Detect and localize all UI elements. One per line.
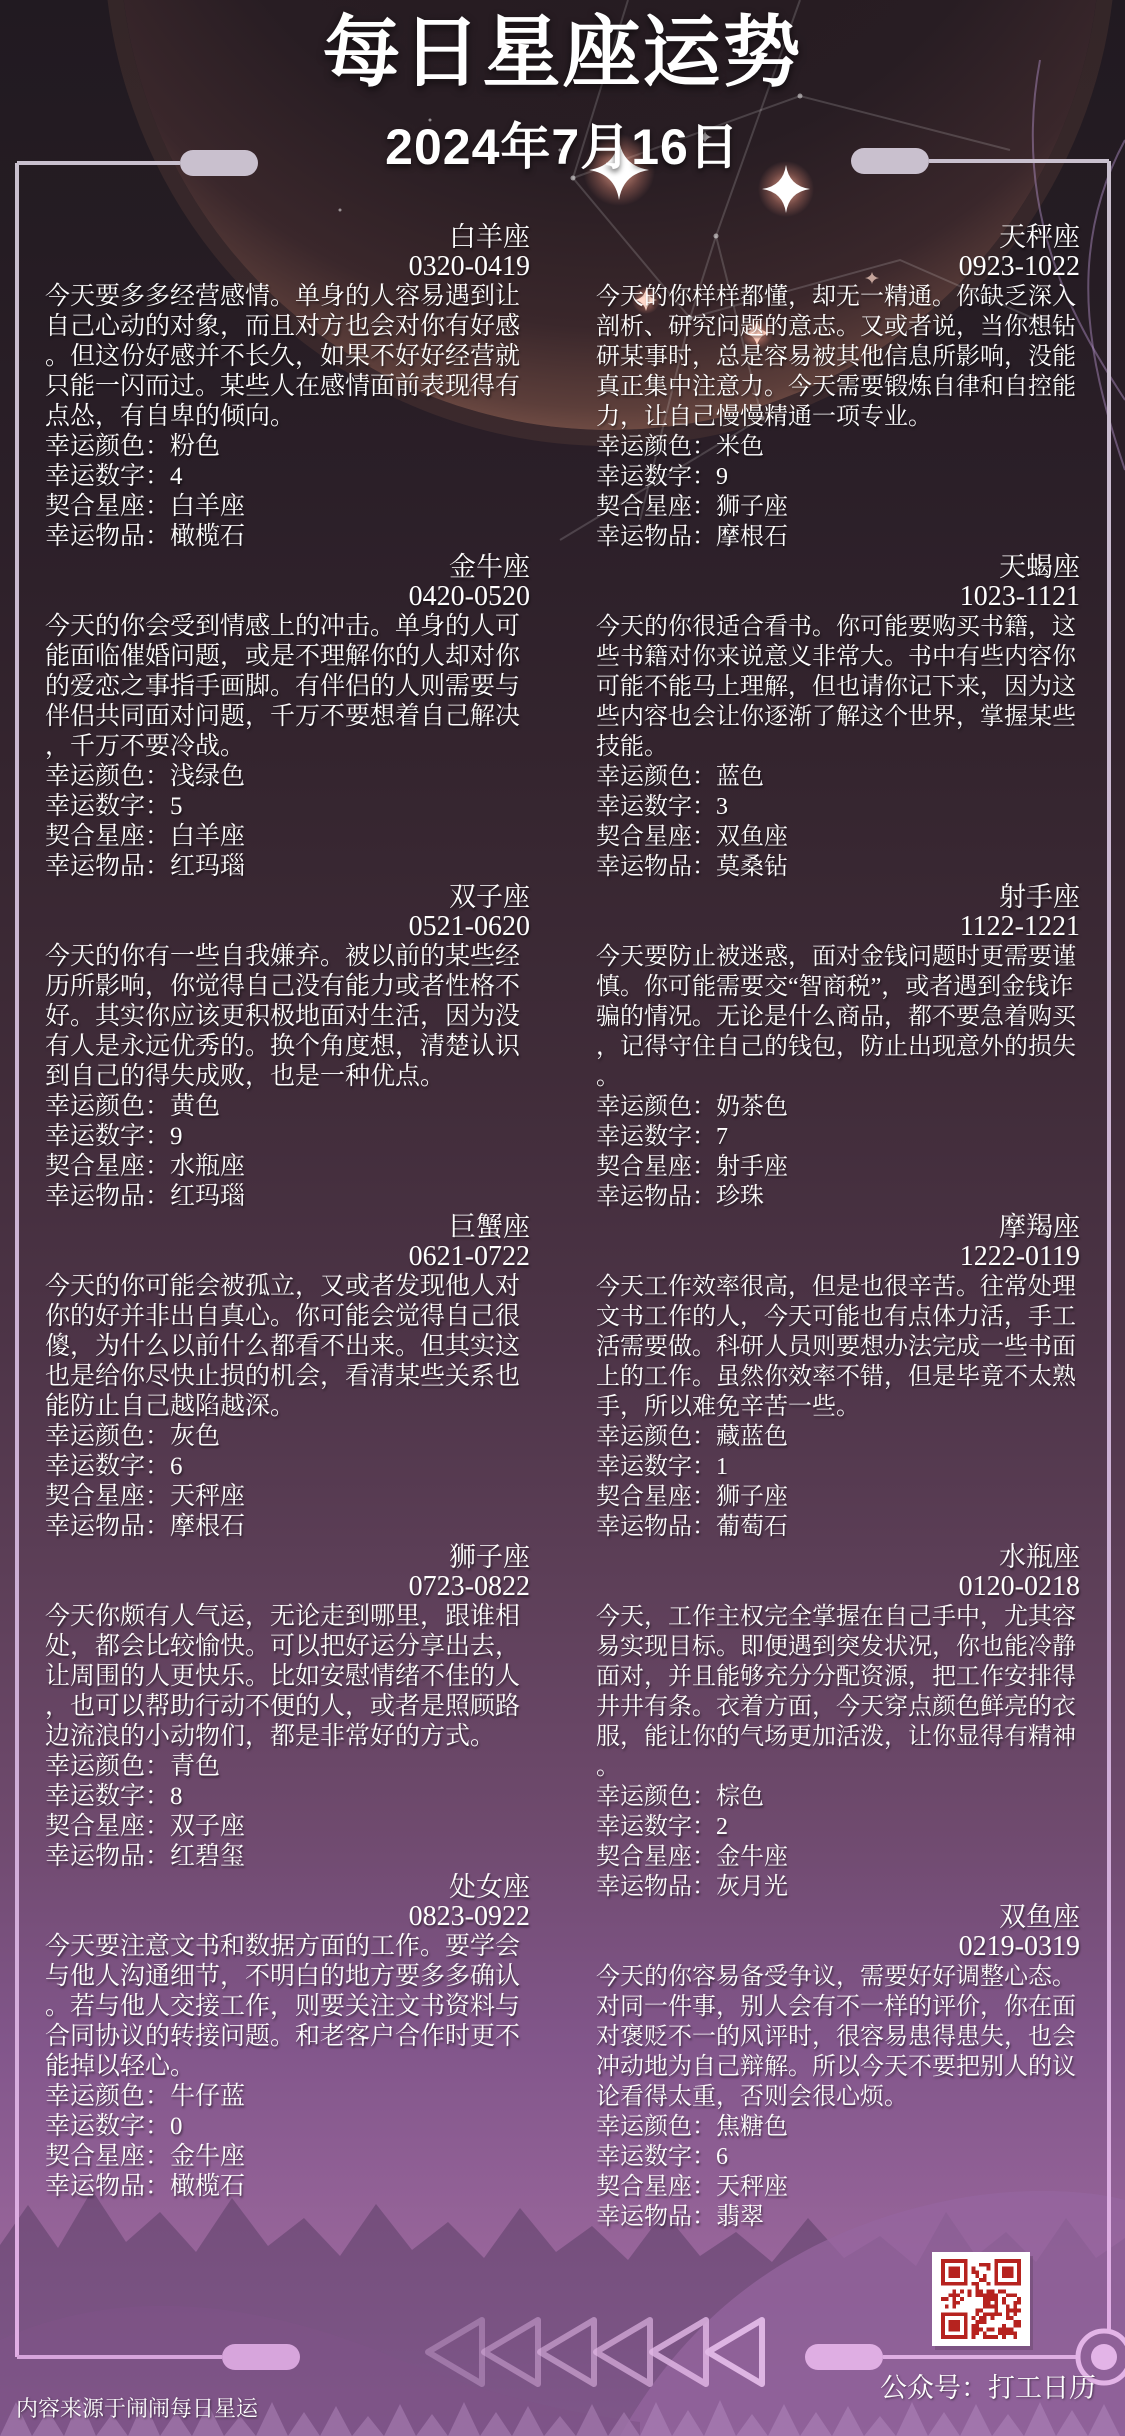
sign-fortune-text: 今天要注意文书和数据方面的工作。要学会与他人沟通细节，不明白的地方要多多确认。若… [45, 1932, 530, 2082]
lucky-number-line: 幸运数字：9 [45, 1122, 530, 1152]
lucky-color-line: 幸运颜色：灰色 [45, 1422, 530, 1452]
info-value: 金牛座 [170, 2143, 245, 2170]
sign-section: 天蝎座 1023-1121 今天的你很适合看书。你可能要购买书籍，这些书籍对你来… [596, 552, 1080, 882]
info-value: 6 [716, 2144, 728, 2170]
info-label: 幸运数字： [596, 794, 716, 820]
lucky-item-line: 幸运物品：红碧玺 [45, 1842, 530, 1872]
sign-name: 双子座 [45, 882, 530, 912]
lucky-number-line: 幸运数字：7 [596, 1122, 1080, 1152]
lucky-item-line: 幸运物品：橄榄石 [45, 522, 530, 552]
info-value: 8 [170, 1783, 183, 1810]
info-label: 幸运物品： [596, 524, 716, 550]
match-sign-line: 契合星座：白羊座 [45, 822, 530, 852]
info-value: 橄榄石 [170, 2173, 245, 2200]
sign-dates: 0420-0520 [45, 582, 530, 612]
sign-section: 双子座 0521-0620 今天的你有一些自我嫌弃。被以前的某些经历所影响，你觉… [45, 882, 530, 1212]
sign-name: 天秤座 [596, 222, 1080, 252]
info-value: 双子座 [170, 1813, 245, 1840]
info-label: 契合星座： [596, 1484, 716, 1510]
info-value: 1 [716, 1454, 728, 1480]
content-source-text: 内容来源于闹闹每日星运 [16, 2396, 258, 2422]
info-value: 莫桑钻 [716, 854, 788, 880]
info-value: 灰色 [170, 1423, 220, 1450]
lucky-color-line: 幸运颜色：米色 [596, 432, 1080, 462]
lucky-color-line: 幸运颜色：蓝色 [596, 762, 1080, 792]
match-sign-line: 契合星座：狮子座 [596, 492, 1080, 522]
sign-section: 摩羯座 1222-0119 今天工作效率很高，但是也很辛苦。往常处理文书工作的人… [596, 1212, 1080, 1542]
info-label: 幸运数字： [596, 2144, 716, 2170]
sign-fortune-text: 今天的你可能会被孤立，又或者发现他人对你的好并非出自真心。你可能会觉得自己很傻，… [45, 1272, 530, 1422]
lucky-color-line: 幸运颜色：黄色 [45, 1092, 530, 1122]
info-label: 契合星座： [596, 2174, 716, 2200]
info-value: 米色 [716, 434, 764, 460]
horoscope-columns: 白羊座 0320-0419 今天要多多经营感情。单身的人容易遇到让自己心动的对象… [45, 222, 1080, 2232]
lucky-item-line: 幸运物品：葡萄石 [596, 1512, 1080, 1542]
lucky-item-line: 幸运物品：翡翠 [596, 2202, 1080, 2232]
lucky-number-line: 幸运数字：3 [596, 792, 1080, 822]
info-label: 幸运颜色： [45, 1423, 170, 1450]
info-label: 幸运颜色： [596, 764, 716, 790]
lucky-number-line: 幸运数字：8 [45, 1782, 530, 1812]
lucky-number-line: 幸运数字：2 [596, 1812, 1080, 1842]
info-value: 葡萄石 [716, 1514, 788, 1540]
sign-section: 金牛座 0420-0520 今天的你会受到情感上的冲击。单身的人可能面临催婚问题… [45, 552, 530, 882]
lucky-number-line: 幸运数字：6 [596, 2142, 1080, 2172]
sign-dates: 1122-1221 [596, 912, 1080, 942]
sign-fortune-text: 今天，工作主权完全掌握在自己手中，尤其容易实现目标。即便遇到突发状况，你也能冷静… [596, 1602, 1080, 1782]
match-sign-line: 契合星座：水瓶座 [45, 1152, 530, 1182]
info-label: 幸运颜色： [596, 1424, 716, 1450]
info-label: 幸运物品： [596, 1514, 716, 1540]
sign-fortune-text: 今天的你样样都懂，却无一精通。你缺乏深入剖析、研究问题的意志。又或者说，当你想钻… [596, 282, 1080, 432]
info-value: 红碧玺 [170, 1843, 245, 1870]
info-value: 青色 [170, 1753, 220, 1780]
match-sign-line: 契合星座：射手座 [596, 1152, 1080, 1182]
column-right: 天秤座 0923-1022 今天的你样样都懂，却无一精通。你缺乏深入剖析、研究问… [596, 222, 1080, 2232]
info-label: 幸运物品： [596, 2204, 716, 2230]
lucky-item-line: 幸运物品：红玛瑙 [45, 1182, 530, 1212]
sign-fortune-text: 今天要防止被迷惑，面对金钱问题时更需要谨慎。你可能需要交“智商税”，或者遇到金钱… [596, 942, 1080, 1092]
qr-code [932, 2252, 1030, 2346]
lucky-color-line: 幸运颜色：浅绿色 [45, 762, 530, 792]
info-value: 蓝色 [716, 764, 764, 790]
lucky-color-line: 幸运颜色：粉色 [45, 432, 530, 462]
lucky-number-line: 幸运数字：5 [45, 792, 530, 822]
sign-section: 白羊座 0320-0419 今天要多多经营感情。单身的人容易遇到让自己心动的对象… [45, 222, 530, 552]
sign-dates: 0723-0822 [45, 1572, 530, 1602]
sign-dates: 0219-0319 [596, 1932, 1080, 1962]
info-value: 0 [170, 2113, 183, 2140]
sign-name: 狮子座 [45, 1542, 530, 1572]
info-label: 契合星座： [45, 2143, 170, 2170]
info-label: 幸运数字： [596, 464, 716, 490]
info-value: 黄色 [170, 1093, 220, 1120]
info-label: 幸运数字： [596, 1814, 716, 1840]
info-value: 3 [716, 794, 728, 820]
sign-dates: 0120-0218 [596, 1572, 1080, 1602]
info-value: 2 [716, 1814, 728, 1840]
info-label: 幸运数字： [596, 1454, 716, 1480]
sign-fortune-text: 今天的你有一些自我嫌弃。被以前的某些经历所影响，你觉得自己没有能力或者性格不好。… [45, 942, 530, 1092]
lucky-color-line: 幸运颜色：奶茶色 [596, 1092, 1080, 1122]
sign-name: 处女座 [45, 1872, 530, 1902]
lucky-number-line: 幸运数字：6 [45, 1452, 530, 1482]
sign-section: 水瓶座 0120-0218 今天，工作主权完全掌握在自己手中，尤其容易实现目标。… [596, 1542, 1080, 1902]
sign-section: 巨蟹座 0621-0722 今天的你可能会被孤立，又或者发现他人对你的好并非出自… [45, 1212, 530, 1542]
lucky-item-line: 幸运物品：灰月光 [596, 1872, 1080, 1902]
info-label: 幸运数字： [596, 1124, 716, 1150]
info-value: 9 [170, 1123, 183, 1150]
sign-section: 狮子座 0723-0822 今天你颇有人气运，无论走到哪里，跟谁相处，都会比较愉… [45, 1542, 530, 1872]
info-value: 珍珠 [716, 1184, 764, 1210]
info-value: 橄榄石 [170, 523, 245, 550]
info-value: 射手座 [716, 1154, 788, 1180]
info-label: 幸运颜色： [596, 2114, 716, 2140]
info-label: 幸运物品： [45, 523, 170, 550]
page-title: 每日星座运势 [0, 8, 1125, 98]
info-label: 幸运物品： [596, 1874, 716, 1900]
info-label: 幸运颜色： [596, 1094, 716, 1120]
info-value: 牛仔蓝 [170, 2083, 245, 2110]
sign-fortune-text: 今天要多多经营感情。单身的人容易遇到让自己心动的对象，而且对方也会对你有好感。但… [45, 282, 530, 432]
info-label: 幸运颜色： [45, 763, 170, 790]
info-label: 幸运颜色： [596, 434, 716, 460]
info-label: 幸运数字： [45, 1783, 170, 1810]
info-label: 契合星座： [596, 1844, 716, 1870]
lucky-item-line: 幸运物品：橄榄石 [45, 2172, 530, 2202]
sign-fortune-text: 今天的你容易备受争议，需要好好调整心态。对同一件事，别人会有不一样的评价，你在面… [596, 1962, 1080, 2112]
info-label: 契合星座： [596, 824, 716, 850]
info-label: 契合星座： [45, 1153, 170, 1180]
info-value: 浅绿色 [170, 763, 245, 790]
lucky-number-line: 幸运数字：1 [596, 1452, 1080, 1482]
sign-fortune-text: 今天你颇有人气运，无论走到哪里，跟谁相处，都会比较愉快。可以把好运分享出去，让周… [45, 1602, 530, 1752]
info-label: 幸运颜色： [596, 1784, 716, 1810]
info-label: 幸运颜色： [45, 433, 170, 460]
info-value: 金牛座 [716, 1844, 788, 1870]
sign-name: 水瓶座 [596, 1542, 1080, 1572]
match-sign-line: 契合星座：天秤座 [596, 2172, 1080, 2202]
lucky-item-line: 幸运物品：摩根石 [596, 522, 1080, 552]
info-value: 白羊座 [170, 823, 245, 850]
lucky-number-line: 幸运数字：4 [45, 462, 530, 492]
sign-dates: 1023-1121 [596, 582, 1080, 612]
info-value: 翡翠 [716, 2204, 764, 2230]
info-label: 契合星座： [596, 494, 716, 520]
info-label: 幸运数字： [45, 793, 170, 820]
info-value: 天秤座 [170, 1483, 245, 1510]
lucky-item-line: 幸运物品：红玛瑙 [45, 852, 530, 882]
lucky-number-line: 幸运数字：0 [45, 2112, 530, 2142]
info-value: 焦糖色 [716, 2114, 788, 2140]
info-label: 幸运数字： [45, 1453, 170, 1480]
info-value: 6 [170, 1453, 183, 1480]
sign-section: 天秤座 0923-1022 今天的你样样都懂，却无一精通。你缺乏深入剖析、研究问… [596, 222, 1080, 552]
sign-section: 射手座 1122-1221 今天要防止被迷惑，面对金钱问题时更需要谨慎。你可能需… [596, 882, 1080, 1212]
sign-section: 双鱼座 0219-0319 今天的你容易备受争议，需要好好调整心态。对同一件事，… [596, 1902, 1080, 2232]
info-label: 幸运物品： [45, 1513, 170, 1540]
info-value: 水瓶座 [170, 1153, 245, 1180]
info-value: 白羊座 [170, 493, 245, 520]
sign-fortune-text: 今天的你会受到情感上的冲击。单身的人可能面临催婚问题，或是不理解你的人却对你的爱… [45, 612, 530, 762]
sign-dates: 1222-0119 [596, 1242, 1080, 1272]
page-date: 2024年7月16日 [0, 120, 1125, 175]
info-value: 狮子座 [716, 1484, 788, 1510]
info-label: 契合星座： [45, 493, 170, 520]
info-value: 9 [716, 464, 728, 490]
info-label: 契合星座： [45, 1813, 170, 1840]
sign-dates: 0320-0419 [45, 252, 530, 282]
sign-dates: 0621-0722 [45, 1242, 530, 1272]
sign-dates: 0923-1022 [596, 252, 1080, 282]
match-sign-line: 契合星座：金牛座 [45, 2142, 530, 2172]
lucky-color-line: 幸运颜色：棕色 [596, 1782, 1080, 1812]
info-label: 契合星座： [596, 1154, 716, 1180]
sign-name: 双鱼座 [596, 1902, 1080, 1932]
official-account-text: 公众号：打工日历 [880, 2372, 1096, 2404]
info-value: 7 [716, 1124, 728, 1150]
lucky-color-line: 幸运颜色：青色 [45, 1752, 530, 1782]
info-value: 红玛瑙 [170, 853, 245, 880]
info-label: 幸运颜色： [45, 2083, 170, 2110]
info-label: 幸运物品： [45, 1183, 170, 1210]
info-label: 契合星座： [45, 1483, 170, 1510]
sign-fortune-text: 今天工作效率很高，但是也很辛苦。往常处理文书工作的人，今天可能也有点体力活，手工… [596, 1272, 1080, 1422]
info-label: 幸运物品： [45, 853, 170, 880]
info-label: 幸运数字： [45, 1123, 170, 1150]
info-value: 5 [170, 793, 183, 820]
sign-section: 处女座 0823-0922 今天要注意文书和数据方面的工作。要学会与他人沟通细节… [45, 1872, 530, 2202]
sign-name: 白羊座 [45, 222, 530, 252]
info-value: 摩根石 [716, 524, 788, 550]
lucky-color-line: 幸运颜色：藏蓝色 [596, 1422, 1080, 1452]
match-sign-line: 契合星座：双鱼座 [596, 822, 1080, 852]
lucky-item-line: 幸运物品：莫桑钻 [596, 852, 1080, 882]
sign-name: 摩羯座 [596, 1212, 1080, 1242]
info-label: 幸运颜色： [45, 1753, 170, 1780]
column-left: 白羊座 0320-0419 今天要多多经营感情。单身的人容易遇到让自己心动的对象… [45, 222, 530, 2202]
match-sign-line: 契合星座：双子座 [45, 1812, 530, 1842]
info-label: 幸运数字： [45, 463, 170, 490]
info-label: 契合星座： [45, 823, 170, 850]
lucky-item-line: 幸运物品：摩根石 [45, 1512, 530, 1542]
info-value: 狮子座 [716, 494, 788, 520]
match-sign-line: 契合星座：狮子座 [596, 1482, 1080, 1512]
info-value: 天秤座 [716, 2174, 788, 2200]
info-value: 藏蓝色 [716, 1424, 788, 1450]
lucky-number-line: 幸运数字：9 [596, 462, 1080, 492]
sign-name: 金牛座 [45, 552, 530, 582]
info-value: 棕色 [716, 1784, 764, 1810]
info-value: 双鱼座 [716, 824, 788, 850]
horoscope-poster: { "header": { "title": "每日星座运势", "date":… [0, 0, 1125, 2436]
match-sign-line: 契合星座：金牛座 [596, 1842, 1080, 1872]
info-value: 红玛瑙 [170, 1183, 245, 1210]
sign-dates: 0521-0620 [45, 912, 530, 942]
sign-name: 巨蟹座 [45, 1212, 530, 1242]
info-label: 幸运物品： [45, 2173, 170, 2200]
match-sign-line: 契合星座：天秤座 [45, 1482, 530, 1512]
lucky-color-line: 幸运颜色：焦糖色 [596, 2112, 1080, 2142]
info-value: 摩根石 [170, 1513, 245, 1540]
info-value: 奶茶色 [716, 1094, 788, 1120]
sign-dates: 0823-0922 [45, 1902, 530, 1932]
info-value: 粉色 [170, 433, 220, 460]
lucky-item-line: 幸运物品：珍珠 [596, 1182, 1080, 1212]
info-value: 4 [170, 463, 183, 490]
sign-fortune-text: 今天的你很适合看书。你可能要购买书籍，这些书籍对你来说意义非常大。书中有些内容你… [596, 612, 1080, 762]
match-sign-line: 契合星座：白羊座 [45, 492, 530, 522]
info-label: 幸运物品： [596, 854, 716, 880]
info-value: 灰月光 [716, 1874, 788, 1900]
sign-name: 射手座 [596, 882, 1080, 912]
info-label: 幸运物品： [45, 1843, 170, 1870]
sign-name: 天蝎座 [596, 552, 1080, 582]
info-label: 幸运颜色： [45, 1093, 170, 1120]
info-label: 幸运数字： [45, 2113, 170, 2140]
info-label: 幸运物品： [596, 1184, 716, 1210]
lucky-color-line: 幸运颜色：牛仔蓝 [45, 2082, 530, 2112]
